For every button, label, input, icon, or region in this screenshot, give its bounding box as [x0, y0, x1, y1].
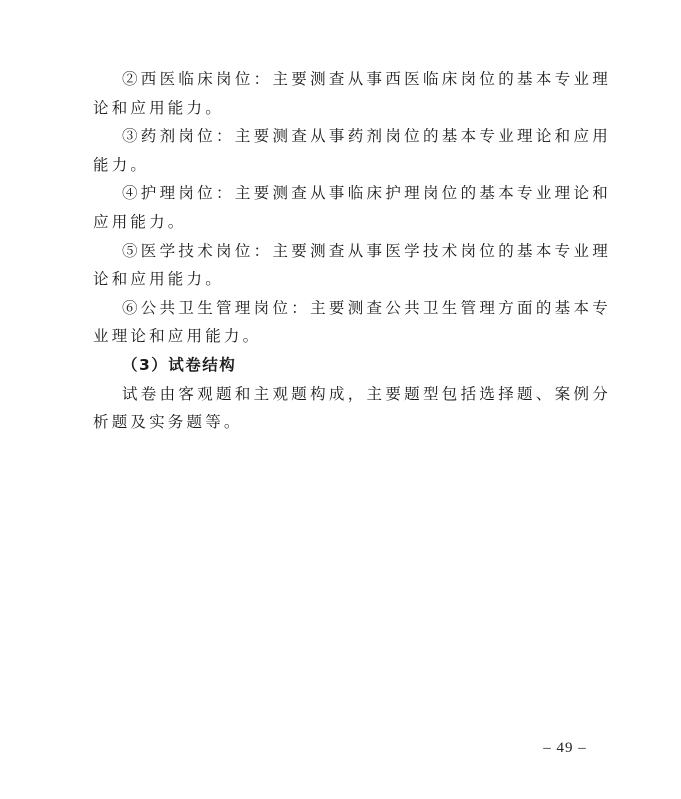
paragraph-pharmacy: ③药剂岗位：主要测查从事药剂岗位的基本专业理论和应用能力。 [93, 122, 611, 179]
section-heading-exam-structure: （3）试卷结构 [93, 351, 611, 380]
document-page: ②西医临床岗位：主要测查从事西医临床岗位的基本专业理论和应用能力。 ③药剂岗位：… [0, 0, 681, 799]
paragraph-western-medicine-clinical: ②西医临床岗位：主要测查从事西医临床岗位的基本专业理论和应用能力。 [93, 65, 611, 122]
paragraph-nursing: ④护理岗位：主要测查从事临床护理岗位的基本专业理论和应用能力。 [93, 179, 611, 236]
paragraph-public-health-management: ⑥公共卫生管理岗位：主要测查公共卫生管理方面的基本专业理论和应用能力。 [93, 294, 611, 351]
paragraph-medical-technology: ⑤医学技术岗位：主要测查从事医学技术岗位的基本专业理论和应用能力。 [93, 237, 611, 294]
document-body: ②西医临床岗位：主要测查从事西医临床岗位的基本专业理论和应用能力。 ③药剂岗位：… [93, 65, 611, 437]
page-number: – 49 – [535, 740, 595, 757]
paragraph-exam-structure: 试卷由客观题和主观题构成，主要题型包括选择题、案例分析题及实务题等。 [93, 380, 611, 437]
